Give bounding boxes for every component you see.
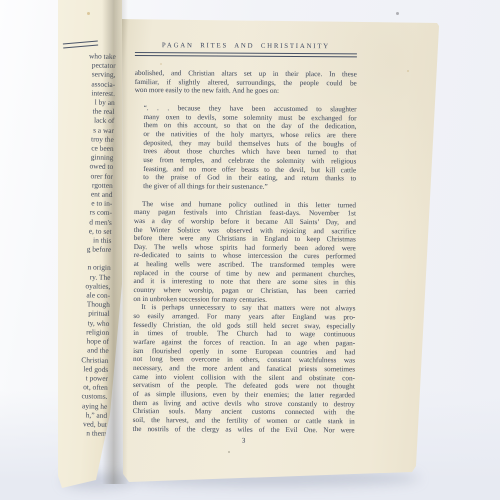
text-line: the giver of all things for their susten… (143, 182, 356, 192)
right-page-content: PAGAN RITES AND CHRISTIANITY abolished, … (133, 42, 357, 446)
paragraph: The wise and humane policy outlined in t… (133, 200, 356, 305)
foxing-speck (228, 451, 230, 453)
left-page: who takepectatorserving,associa-interest… (58, 0, 122, 492)
paragraph: abolished, and Christian altars set up i… (135, 69, 357, 96)
block-quote: “. . . because they have been accustomed… (134, 104, 357, 192)
page-number: 3 (133, 436, 355, 445)
book-photo: who takepectatorserving,associa-interest… (0, 0, 500, 500)
foxing-speck (160, 63, 162, 65)
text-line: won more easily to the new faith. And he… (135, 86, 357, 96)
text-line: the nostrils of the clergy as wiles of t… (133, 425, 355, 435)
paragraph: It is perhaps unnecessary to say that ma… (133, 303, 356, 434)
left-page-fragment: g before (55, 244, 111, 255)
foxing-speck (87, 12, 90, 15)
right-page-body: abolished, and Christian altars set up i… (133, 69, 357, 435)
left-page-header-rule (63, 40, 98, 48)
right-page: PAGAN RITES AND CHRISTIANITY abolished, … (121, 14, 439, 486)
running-head: PAGAN RITES AND CHRISTIANITY (135, 42, 357, 50)
header-double-rule (135, 52, 357, 57)
left-page-text: who takepectatorserving,associa-interest… (51, 51, 116, 439)
left-page-fragment: n them (51, 428, 107, 439)
foxing-speck (407, 70, 409, 72)
dust-speck (396, 12, 399, 15)
